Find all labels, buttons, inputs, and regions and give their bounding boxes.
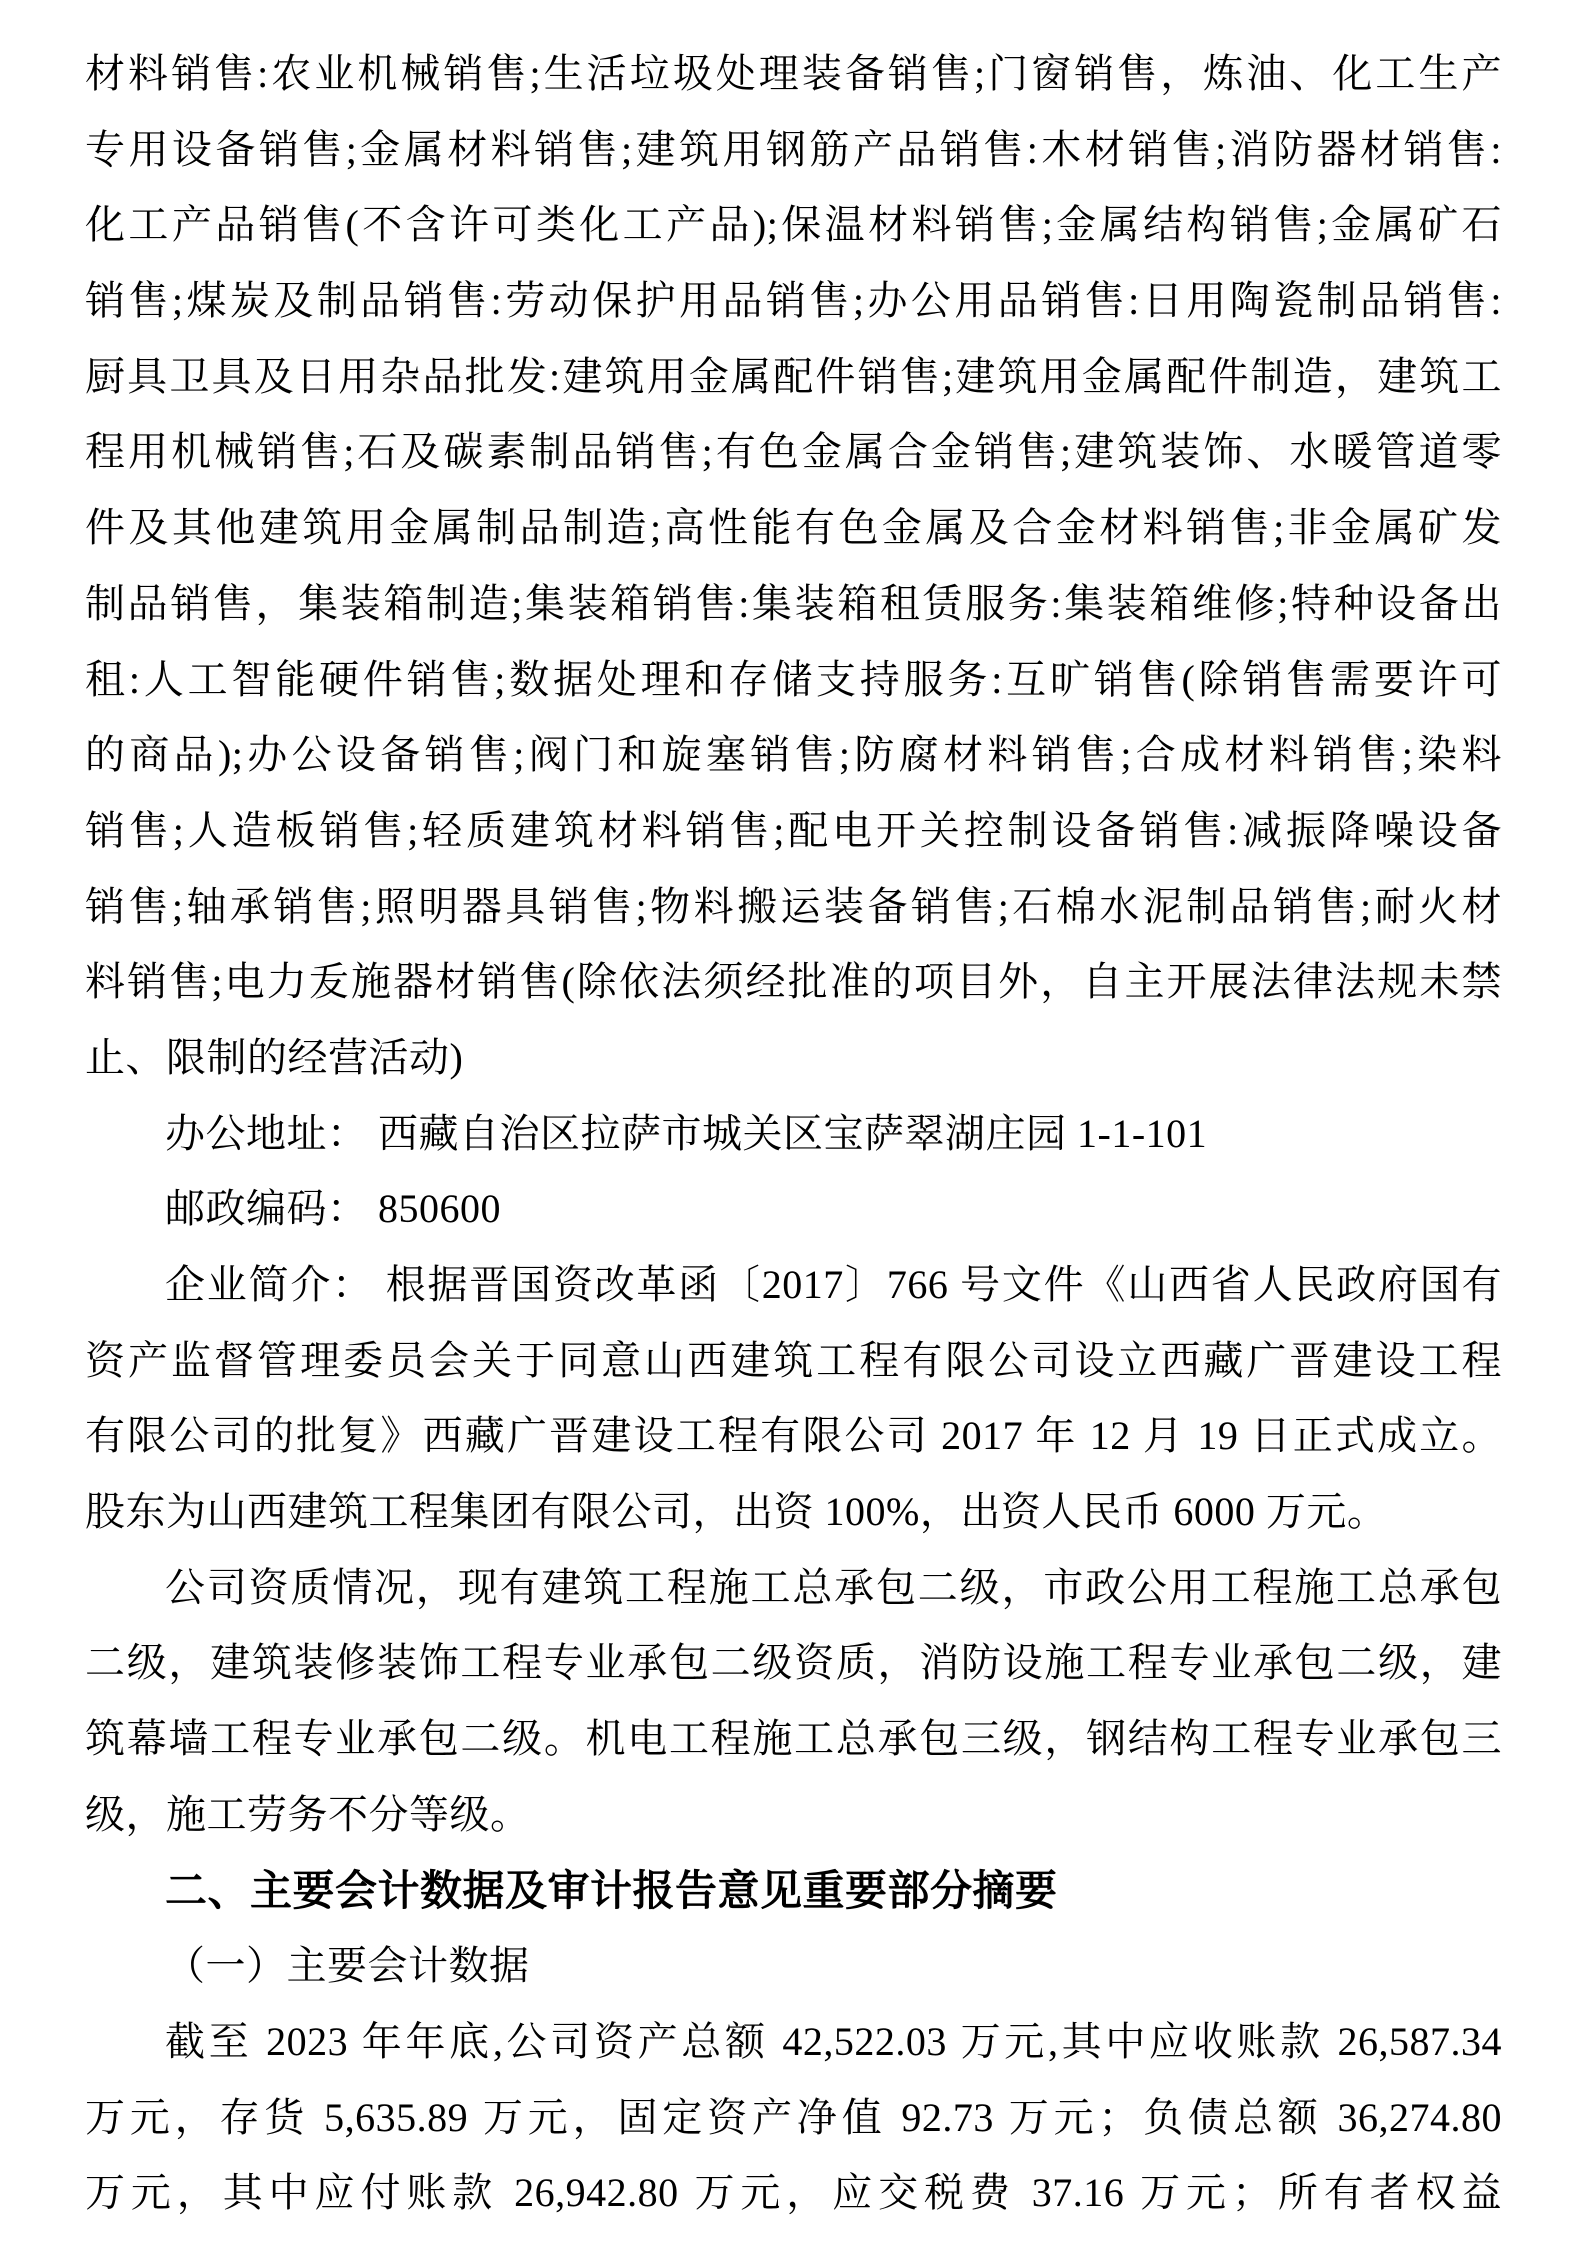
text-line: 万元，其中应付账款 26,942.80 万元，应交税费 37.16 万元；所有者… xyxy=(85,2155,1502,2231)
text-line: 程用机械销售;石及碳素制品销售;有色金属合金销售;建筑装饰、水暖管道零 xyxy=(85,414,1502,490)
text-line: 万元，存货 5,635.89 万元，固定资产净值 92.73 万元；负债总额 3… xyxy=(85,2080,1502,2156)
text-line: 材料销售:农业机械销售;生活垃圾处理装备销售;门窗销售，炼油、化工生产 xyxy=(85,36,1502,112)
text-line: 销售;人造板销售;轻质建筑材料销售;配电开关控制设备销售:减振降噪设备 xyxy=(85,793,1502,869)
text-line: 办公地址： 西藏自治区拉萨市城关区宝萨翠湖庄园 1-1-101 xyxy=(85,1096,1502,1172)
text-line: 止、限制的经营活动) xyxy=(85,1020,1502,1096)
text-line: 销售;轴承销售;照明器具销售;物料搬运装备销售;石棉水泥制品销售;耐火材 xyxy=(85,869,1502,945)
section-heading: 二、主要会计数据及审计报告意见重要部分摘要 xyxy=(85,1853,1502,1929)
text-line: 筑幕墙工程专业承包二级。机电工程施工总承包三级，钢结构工程专业承包三 xyxy=(85,1701,1502,1777)
text-line: 资产监督管理委员会关于同意山西建筑工程有限公司设立西藏广晋建设工程 xyxy=(85,1323,1502,1399)
text-line: 专用设备销售;金属材料销售;建筑用钢筋产品销售:木材销售;消防器材销售: xyxy=(85,112,1502,188)
text-line: 料销售;电力叐施器材销售(除依法须经批准的项目外，自主开展法律法规未禁 xyxy=(85,944,1502,1020)
text-line: 化工产品销售(不含许可类化工产品);保温材料销售;金属结构销售;金属矿石 xyxy=(85,187,1502,263)
subsection-heading: （一）主要会计数据 xyxy=(85,1928,1502,2004)
text-line: 销售;煤炭及制品销售:劳动保护用品销售;办公用品销售:日用陶瓷制品销售: xyxy=(85,263,1502,339)
text-line: 级，施工劳务不分等级。 xyxy=(85,1777,1502,1853)
text-line: 企业简介： 根据晋国资改革函〔2017〕766 号文件《山西省人民政府国有 xyxy=(85,1247,1502,1323)
text-line: 公司资质情况，现有建筑工程施工总承包二级，市政公用工程施工总承包 xyxy=(85,1550,1502,1626)
text-line: 件及其他建筑用金属制品制造;高性能有色金属及合金材料销售;非金属矿发 xyxy=(85,490,1502,566)
document-page: 材料销售:农业机械销售;生活垃圾处理装备销售;门窗销售，炼油、化工生产专用设备销… xyxy=(0,0,1587,2245)
text-line: 邮政编码： 850600 xyxy=(85,1171,1502,1247)
text-line: 厨具卫具及日用杂品批发:建筑用金属配件销售;建筑用金属配件制造，建筑工 xyxy=(85,339,1502,415)
text-line: 的商品);办公设备销售;阀门和旋塞销售;防腐材料销售;合成材料销售;染料 xyxy=(85,717,1502,793)
text-line: 股东为山西建筑工程集团有限公司，出资 100%，出资人民币 6000 万元。 xyxy=(85,1474,1502,1550)
text-line: 截至 2023 年年底,公司资产总额 42,522.03 万元,其中应收账款 2… xyxy=(85,2004,1502,2080)
text-line: 有限公司的批复》西藏广晋建设工程有限公司 2017 年 12 月 19 日正式成… xyxy=(85,1398,1502,1474)
document-body: 材料销售:农业机械销售;生活垃圾处理装备销售;门窗销售，炼油、化工生产专用设备销… xyxy=(85,36,1502,2231)
text-line: 二级，建筑装修装饰工程专业承包二级资质，消防设施工程专业承包二级，建 xyxy=(85,1625,1502,1701)
text-line: 租:人工智能硬件销售;数据处理和存储支持服务:互旷销售(除销售需要许可 xyxy=(85,642,1502,718)
text-line: 制品销售，集装箱制造;集装箱销售:集装箱租赁服务:集装箱维修;特种设备出 xyxy=(85,566,1502,642)
